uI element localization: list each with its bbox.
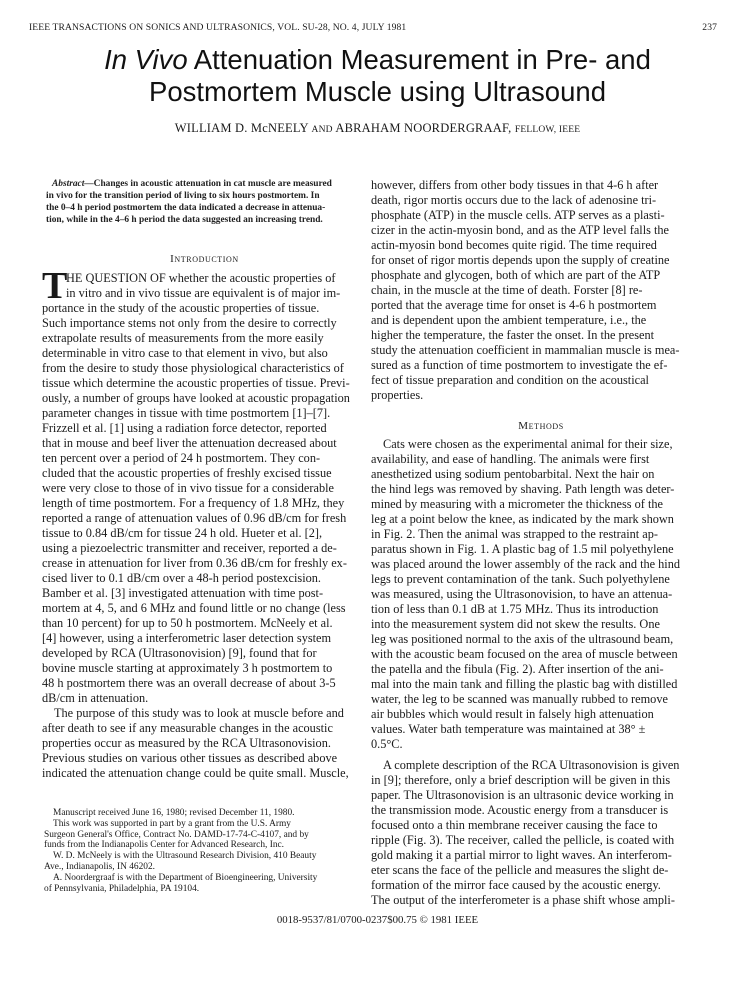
body-line: focused onto a thin membrane receiver ca…	[371, 818, 711, 833]
body-line: properties.	[371, 388, 711, 403]
copyright-line: 0018-9537/81/0700-0237$00.75 © 1981 IEEE	[0, 914, 755, 926]
body-line: fect of tissue preparation and condition…	[371, 373, 711, 388]
abstract-lead: Abstract	[52, 179, 84, 189]
body-line: for onset of rigor mortis depends upon t…	[371, 253, 711, 268]
body-line: Previous studies on various other tissue…	[42, 751, 367, 766]
footnote-line: W. D. McNeely is with the Ultrasound Res…	[44, 851, 369, 862]
body-line: in vitro and in vivo tissue are equivale…	[42, 286, 367, 301]
footnote-line: This work was supported in part by a gra…	[44, 819, 369, 830]
body-line: mined by measuring with a micrometer the…	[371, 497, 711, 512]
body-line: 0.5°C.	[371, 737, 711, 752]
author-1: WILLIAM D. McNEELY	[175, 121, 308, 135]
body-line: anesthetized using sodium pentobarbital.…	[371, 467, 711, 482]
body-line: availability, and ease of handling. The …	[371, 452, 711, 467]
body-line: tissue to 0.84 dB/cm for tissue 24 h old…	[42, 526, 367, 541]
footnotes: Manuscript received June 16, 1980; revis…	[44, 808, 369, 894]
section-heading-introduction: Introduction	[42, 252, 367, 267]
abstract-line: the 0–4 h period postmortem the data ind…	[46, 202, 358, 214]
footnote-line: funds from the Indianapolis Center for A…	[44, 840, 369, 851]
body-line: and is dependent upon the ambient temper…	[371, 313, 711, 328]
body-line: legs to prevent contamination of the tan…	[371, 572, 711, 587]
abstract-line: in vivo for the transition period of liv…	[46, 190, 358, 202]
body-line: actin-myosin bond becomes quite rigid. T…	[371, 238, 711, 253]
drop-cap: T	[42, 271, 67, 302]
body-line: HE QUESTION OF whether the acoustic prop…	[42, 271, 367, 286]
body-line: from the desire to study those physiolog…	[42, 361, 367, 376]
body-line: was placed around the lower assembly of …	[371, 557, 711, 572]
body-line: portance in the study of the acoustic pr…	[42, 301, 367, 316]
body-line: length of time postmortem. For a frequen…	[42, 496, 367, 511]
body-line: in Fig. 2. Then the animal was strapped …	[371, 527, 711, 542]
body-line: extrapolate results of measurements from…	[42, 331, 367, 346]
methods-body: Cats were chosen as the experimental ani…	[371, 437, 711, 908]
body-line: gold making it a partial mirror to light…	[371, 848, 711, 863]
body-line: The purpose of this study was to look at…	[42, 706, 367, 721]
body-line: A complete description of the RCA Ultras…	[371, 758, 711, 773]
body-line: determinable in vitro case to that eleme…	[42, 346, 367, 361]
body-line: cised liver to 0.1 dB/cm over a 48-h per…	[42, 571, 367, 586]
body-line: phosphate and glycogen, both of which ar…	[371, 268, 711, 283]
body-line: sured as a function of time postmortem t…	[371, 358, 711, 373]
body-line: mortem at 4, 5, and 6 MHz and found litt…	[42, 601, 367, 616]
footnote-line: Ave., Indianapolis, IN 46202.	[44, 862, 369, 873]
body-line: properties occur as measured by the RCA …	[42, 736, 367, 751]
body-line: ten percent over a period of 24 h postmo…	[42, 451, 367, 466]
body-line: values. Water bath temperature was maint…	[371, 722, 711, 737]
body-line: cizer in the actin-myosin bond, and as t…	[371, 223, 711, 238]
body-line: in [9]; therefore, only a brief descript…	[371, 773, 711, 788]
body-line: developed by RCA (Ultrasonovision) [9], …	[42, 646, 367, 661]
body-line: air bubbles which would result in falsel…	[371, 707, 711, 722]
body-line: indicated the attenuation change could b…	[42, 766, 367, 781]
body-line: ported that the average time for onset i…	[371, 298, 711, 313]
body-line: paratus shown in Fig. 1. A plastic bag o…	[371, 542, 711, 557]
author-line: WILLIAM D. McNEELY AND ABRAHAM NOORDERGR…	[0, 121, 755, 136]
body-line: that in mouse and beef liver the attenua…	[42, 436, 367, 451]
body-line: 48 h postmortem there was an overall dec…	[42, 676, 367, 691]
footnote-line: A. Noordergraaf is with the Department o…	[44, 873, 369, 884]
author-affiliation: FELLOW, IEEE	[515, 125, 580, 135]
body-line: than 10 percent) for up to 50 h postmort…	[42, 616, 367, 631]
body-line: The output of the interferometer is a ph…	[371, 893, 711, 908]
body-line: leg at a point below the knee, as indica…	[371, 512, 711, 527]
paper-title: In Vivo Attenuation Measurement in Pre- …	[0, 44, 755, 108]
body-line: however, differs from other body tissues…	[371, 178, 711, 193]
body-line: parameter changes in tissue with time po…	[42, 406, 367, 421]
body-line: using a piezoelectric transmitter and re…	[42, 541, 367, 556]
body-line: crease in attenuation for liver from 0.3…	[42, 556, 367, 571]
journal-citation: IEEE TRANSACTIONS ON SONICS AND ULTRASON…	[29, 22, 406, 33]
author-2: ABRAHAM NOORDERGRAAF,	[335, 121, 511, 135]
abstract: Abstract—Changes in acoustic attenuation…	[46, 178, 358, 226]
body-line: with the acoustic beam focused on the ar…	[371, 647, 711, 662]
body-line: Frizzell et al. [1] using a radiation fo…	[42, 421, 367, 436]
title-line-2: Postmortem Muscle using Ultrasound	[0, 76, 755, 108]
body-line: mal into the main tank and filling the p…	[371, 677, 711, 692]
body-line: higher the temperature, the faster the o…	[371, 328, 711, 343]
footnote-line: Surgeon General's Office, Contract No. D…	[44, 830, 369, 841]
body-line: ously, a number of groups have looked at…	[42, 391, 367, 406]
author-conjunction: AND	[312, 125, 333, 135]
body-line: death, rigor mortis occurs due to the la…	[371, 193, 711, 208]
abstract-line: tion, while in the 4–6 h period the data…	[46, 214, 358, 226]
body-line: cluded that the acoustic properties of f…	[42, 466, 367, 481]
left-column: Abstract—Changes in acoustic attenuation…	[42, 178, 367, 781]
body-line: dB/cm in attenuation.	[42, 691, 367, 706]
introduction-continued: however, differs from other body tissues…	[371, 178, 711, 403]
body-line: the hind legs was removed by shaving. Pa…	[371, 482, 711, 497]
body-line: tissue which determine the acoustic prop…	[42, 376, 367, 391]
body-line: bovine muscle starting at approximately …	[42, 661, 367, 676]
introduction-body: T HE QUESTION OF whether the acoustic pr…	[42, 271, 367, 781]
body-line: paper. The Ultrasonovision is an ultraso…	[371, 788, 711, 803]
body-line: was measured, using the Ultrasonovision,…	[371, 587, 711, 602]
body-line: formation of the mirror face caused by t…	[371, 878, 711, 893]
body-line: eter scans the face of the pellicle and …	[371, 863, 711, 878]
body-line: study the attenuation coefficient in mam…	[371, 343, 711, 358]
body-line: were very close to those of in vivo tiss…	[42, 481, 367, 496]
section-heading-methods: Methods	[371, 419, 711, 434]
footnote-line: of Pennsylvania, Philadelphia, PA 19104.	[44, 884, 369, 895]
body-line: reported a range of attenuation values o…	[42, 511, 367, 526]
right-column: however, differs from other body tissues…	[371, 178, 711, 908]
title-italic: In Vivo	[104, 44, 188, 75]
body-line: Cats were chosen as the experimental ani…	[371, 437, 711, 452]
body-line: phosphate (ATP) in the muscle cells. ATP…	[371, 208, 711, 223]
body-line: chain, in the muscle at the time of deat…	[371, 283, 711, 298]
body-line: the patella and the fibula (Fig. 2). Aft…	[371, 662, 711, 677]
running-head: IEEE TRANSACTIONS ON SONICS AND ULTRASON…	[29, 22, 717, 33]
body-line: [4] however, using a interferometric las…	[42, 631, 367, 646]
body-line: Bamber et al. [3] investigated attenuati…	[42, 586, 367, 601]
body-line: into the measurement system did not skew…	[371, 617, 711, 632]
body-line: after death to see if any measurable cha…	[42, 721, 367, 736]
body-line: ripple (Fig. 3). The receiver, called th…	[371, 833, 711, 848]
body-line: water, the leg to be scanned was manuall…	[371, 692, 711, 707]
body-line: tion of less than 0.1 dB at 1.75 MHz. Th…	[371, 602, 711, 617]
body-line: Such importance stems not only from the …	[42, 316, 367, 331]
title-line-1: Attenuation Measurement in Pre- and	[188, 44, 651, 75]
footnote-line: Manuscript received June 16, 1980; revis…	[44, 808, 369, 819]
abstract-line: Abstract—Changes in acoustic attenuation…	[46, 178, 358, 190]
body-line: leg was positioned normal to the axis of…	[371, 632, 711, 647]
page-number: 237	[702, 22, 717, 33]
body-line: the transmission mode. Acoustic energy f…	[371, 803, 711, 818]
